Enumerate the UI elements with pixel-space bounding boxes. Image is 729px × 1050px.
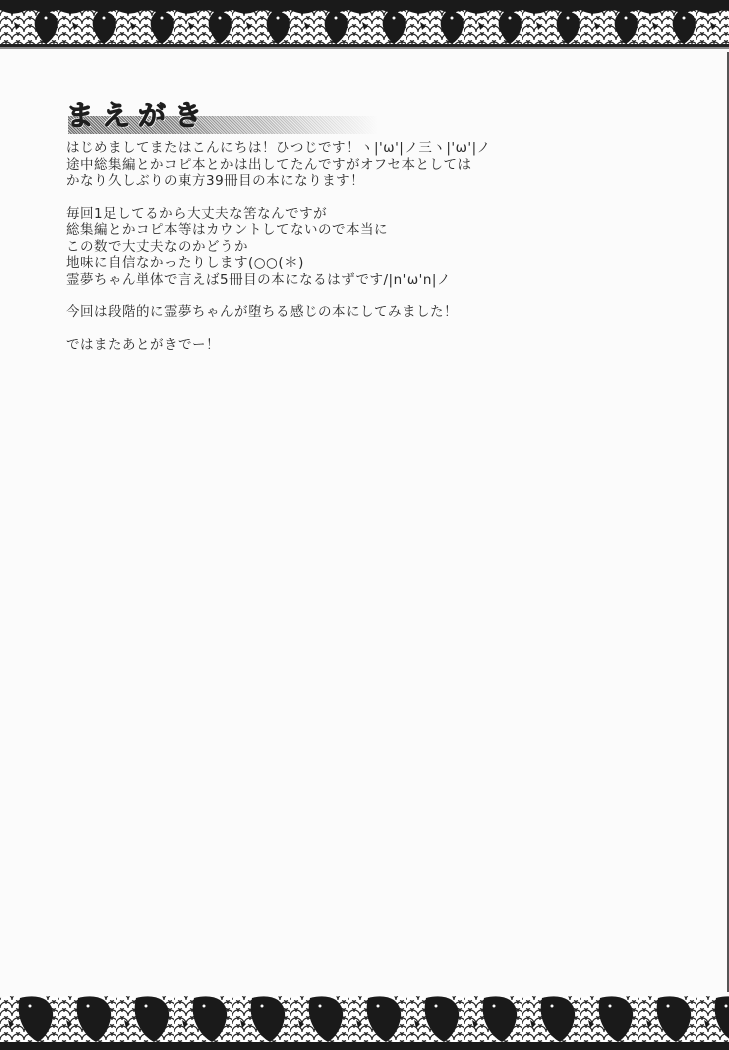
paragraph-4: ではまたあとがきでー！ bbox=[66, 337, 666, 354]
title-block: まえがき bbox=[66, 96, 386, 136]
text-line: 総集編とかコピ本等はカウントしてないので本当に bbox=[66, 222, 666, 239]
paragraph-2: 毎回1足してるから大丈夫な筈なんですが 総集編とかコピ本等はカウントしてないので… bbox=[66, 206, 666, 289]
text-line: 地味に自信なかったりします(○○(＊) bbox=[66, 255, 666, 272]
preface-body: はじめましてまたはこんにちは！ひつじです！ヽ|'ω'|ノ三ヽ|'ω'|ノ 途中総… bbox=[66, 140, 666, 353]
text-line: ではまたあとがきでー！ bbox=[66, 337, 666, 354]
text-line: 毎回1足してるから大丈夫な筈なんですが bbox=[66, 206, 666, 223]
lace-border-top bbox=[0, 0, 729, 52]
text-line: はじめましてまたはこんにちは！ひつじです！ヽ|'ω'|ノ三ヽ|'ω'|ノ bbox=[66, 140, 666, 157]
paragraph-3: 今回は段階的に霊夢ちゃんが堕ちる感じの本にしてみました！ bbox=[66, 304, 666, 321]
lace-border-bottom bbox=[0, 992, 729, 1050]
lace-pattern-icon bbox=[0, 0, 729, 52]
text-line: かなり久しぶりの東方39冊目の本になります！ bbox=[66, 173, 666, 190]
preface-content: まえがき はじめましてまたはこんにちは！ひつじです！ヽ|'ω'|ノ三ヽ|'ω'|… bbox=[66, 96, 666, 369]
text-line: 霊夢ちゃん単体で言えば5冊目の本になるはずです/|n'ω'n|ノ bbox=[66, 272, 666, 289]
lace-pattern-icon bbox=[0, 992, 729, 1050]
page-title: まえがき bbox=[66, 96, 210, 136]
text-line: 今回は段階的に霊夢ちゃんが堕ちる感じの本にしてみました！ bbox=[66, 304, 666, 321]
paragraph-1: はじめましてまたはこんにちは！ひつじです！ヽ|'ω'|ノ三ヽ|'ω'|ノ 途中総… bbox=[66, 140, 666, 190]
text-line: この数で大丈夫なのかどうか bbox=[66, 239, 666, 256]
text-line: 途中総集編とかコピ本とかは出してたんですがオフセ本としては bbox=[66, 157, 666, 174]
